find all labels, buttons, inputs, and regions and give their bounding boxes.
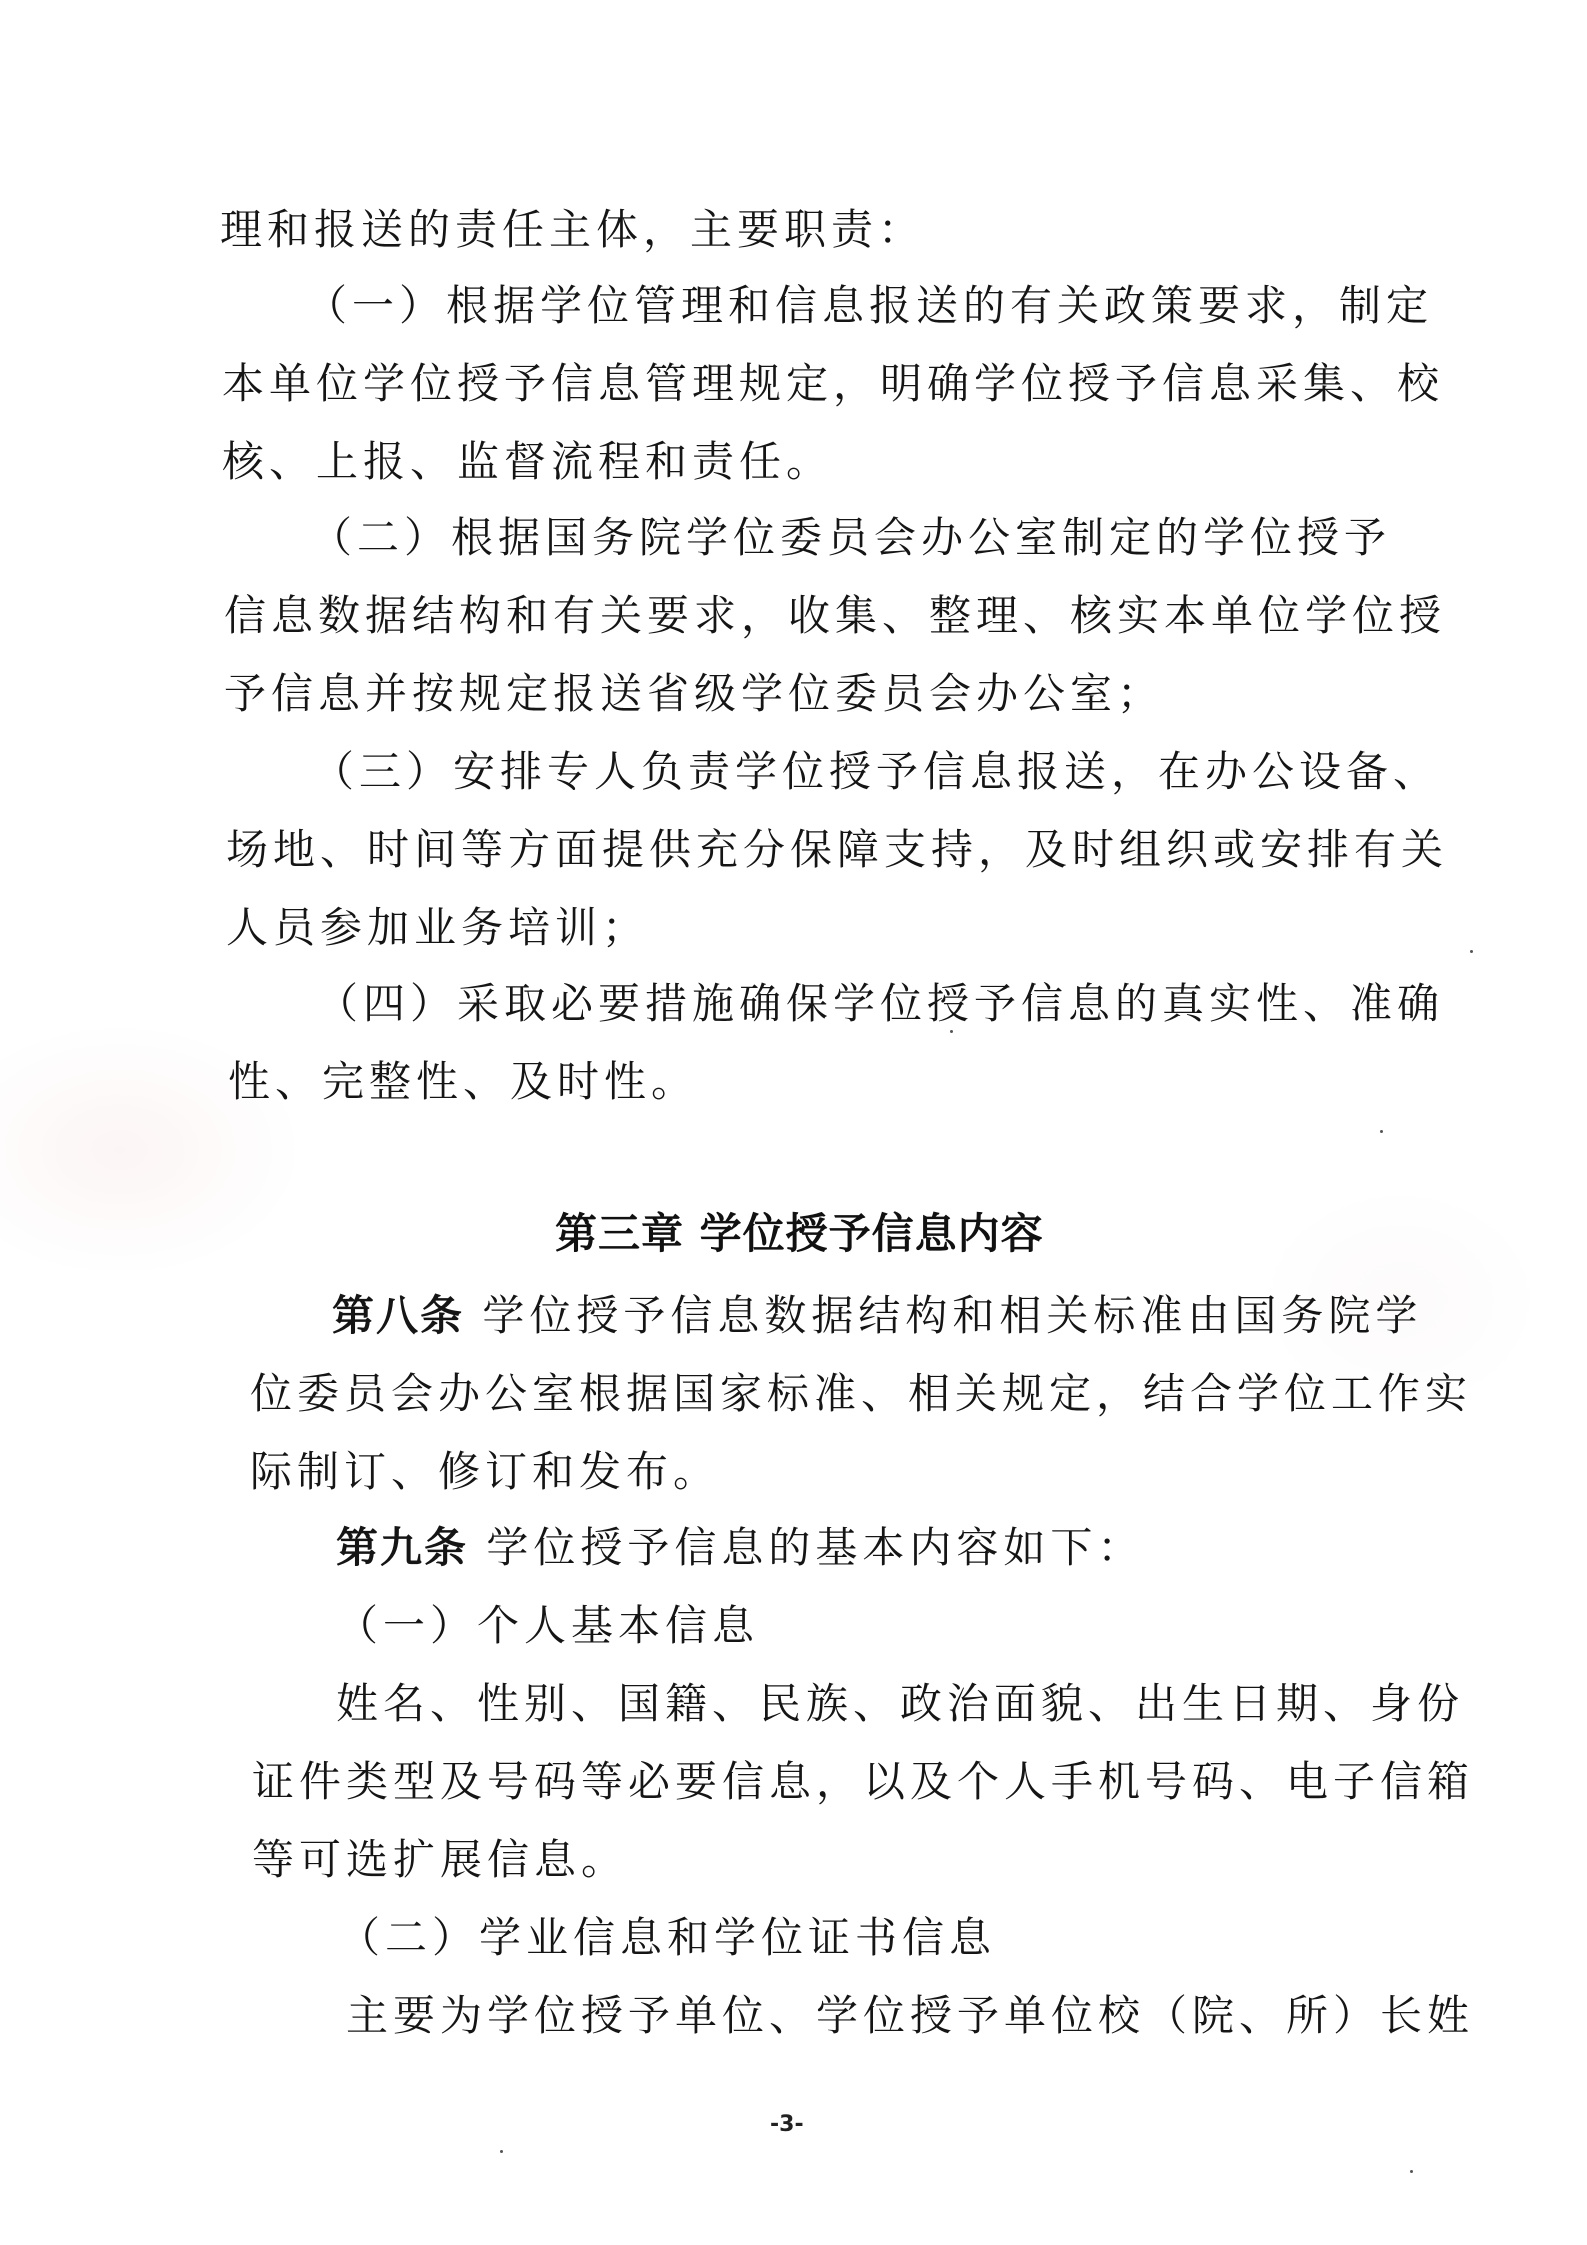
text-line-duty-3-end: 人员参加业务培训； [226, 902, 649, 954]
article-8-line-1: 第八条 学位授予信息数据结构和相关标准由国务院学 [332, 1290, 1422, 1342]
subsection-1-title: （一）个人基本信息 [336, 1600, 759, 1652]
scan-speck [1410, 2170, 1413, 2173]
chapter-heading: 第三章 学位授予信息内容 [555, 1208, 1044, 1260]
text-line-duty-3-start: （三）安排专人负责学位授予信息报送，在办公设备、 [312, 746, 1440, 798]
scan-speck [500, 2150, 503, 2153]
text-line-duty-2-end: 予信息并按规定报送省级学位委员会办公室； [224, 668, 1164, 720]
article-8-text: 学位授予信息数据结构和相关标准由国务院学 [464, 1291, 1422, 1340]
scan-speck [1380, 1130, 1383, 1133]
article-9-text: 学位授予信息的基本内容如下： [468, 1523, 1144, 1572]
article-8-line-3: 际制订、修订和发布。 [250, 1446, 720, 1498]
subsection-2-line-1: 主要为学位授予单位、学位授予单位校（院、所）长姓 [346, 1990, 1474, 2042]
text-line-duty-1-start: （一）根据学位管理和信息报送的有关政策要求，制定 [305, 280, 1433, 332]
text-line-duty-4-start: （四）采取必要措施确保学位授予信息的真实性、准确 [316, 978, 1444, 1030]
text-line-duty-1-cont: 本单位学位授予信息管理规定，明确学位授予信息采集、校 [222, 358, 1444, 410]
subsection-1-line-3: 等可选扩展信息。 [252, 1834, 628, 1886]
text-line-duties-intro: 理和报送的责任主体，主要职责： [220, 204, 925, 256]
article-8-label: 第八条 [332, 1291, 464, 1340]
document-page: 理和报送的责任主体，主要职责： （一）根据学位管理和信息报送的有关政策要求，制定… [0, 0, 1587, 2245]
text-line-duty-1-end: 核、上报、监督流程和责任。 [222, 436, 833, 488]
text-line-duty-4-end: 性、完整性、及时性。 [228, 1056, 698, 1108]
subsection-1-line-2: 证件类型及号码等必要信息，以及个人手机号码、电子信箱 [252, 1756, 1474, 1808]
scan-speck [1470, 950, 1473, 953]
subsection-2-title: （二）学业信息和学位证书信息 [338, 1912, 996, 1964]
text-line-duty-3-cont: 场地、时间等方面提供充分保障支持，及时组织或安排有关 [226, 824, 1448, 876]
article-8-line-2: 位委员会办公室根据国家标准、相关规定，结合学位工作实 [250, 1368, 1472, 1420]
article-9-line-1: 第九条 学位授予信息的基本内容如下： [336, 1522, 1144, 1574]
scan-speck [950, 1030, 953, 1033]
text-line-duty-2-start: （二）根据国务院学位委员会办公室制定的学位授予 [310, 512, 1391, 564]
page-number: -3- [770, 2112, 804, 2137]
subsection-1-line-1: 姓名、性别、国籍、民族、政治面貌、出生日期、身份 [336, 1678, 1464, 1730]
article-9-label: 第九条 [336, 1523, 468, 1572]
text-line-duty-2-cont: 信息数据结构和有关要求，收集、整理、核实本单位学位授 [224, 590, 1446, 642]
